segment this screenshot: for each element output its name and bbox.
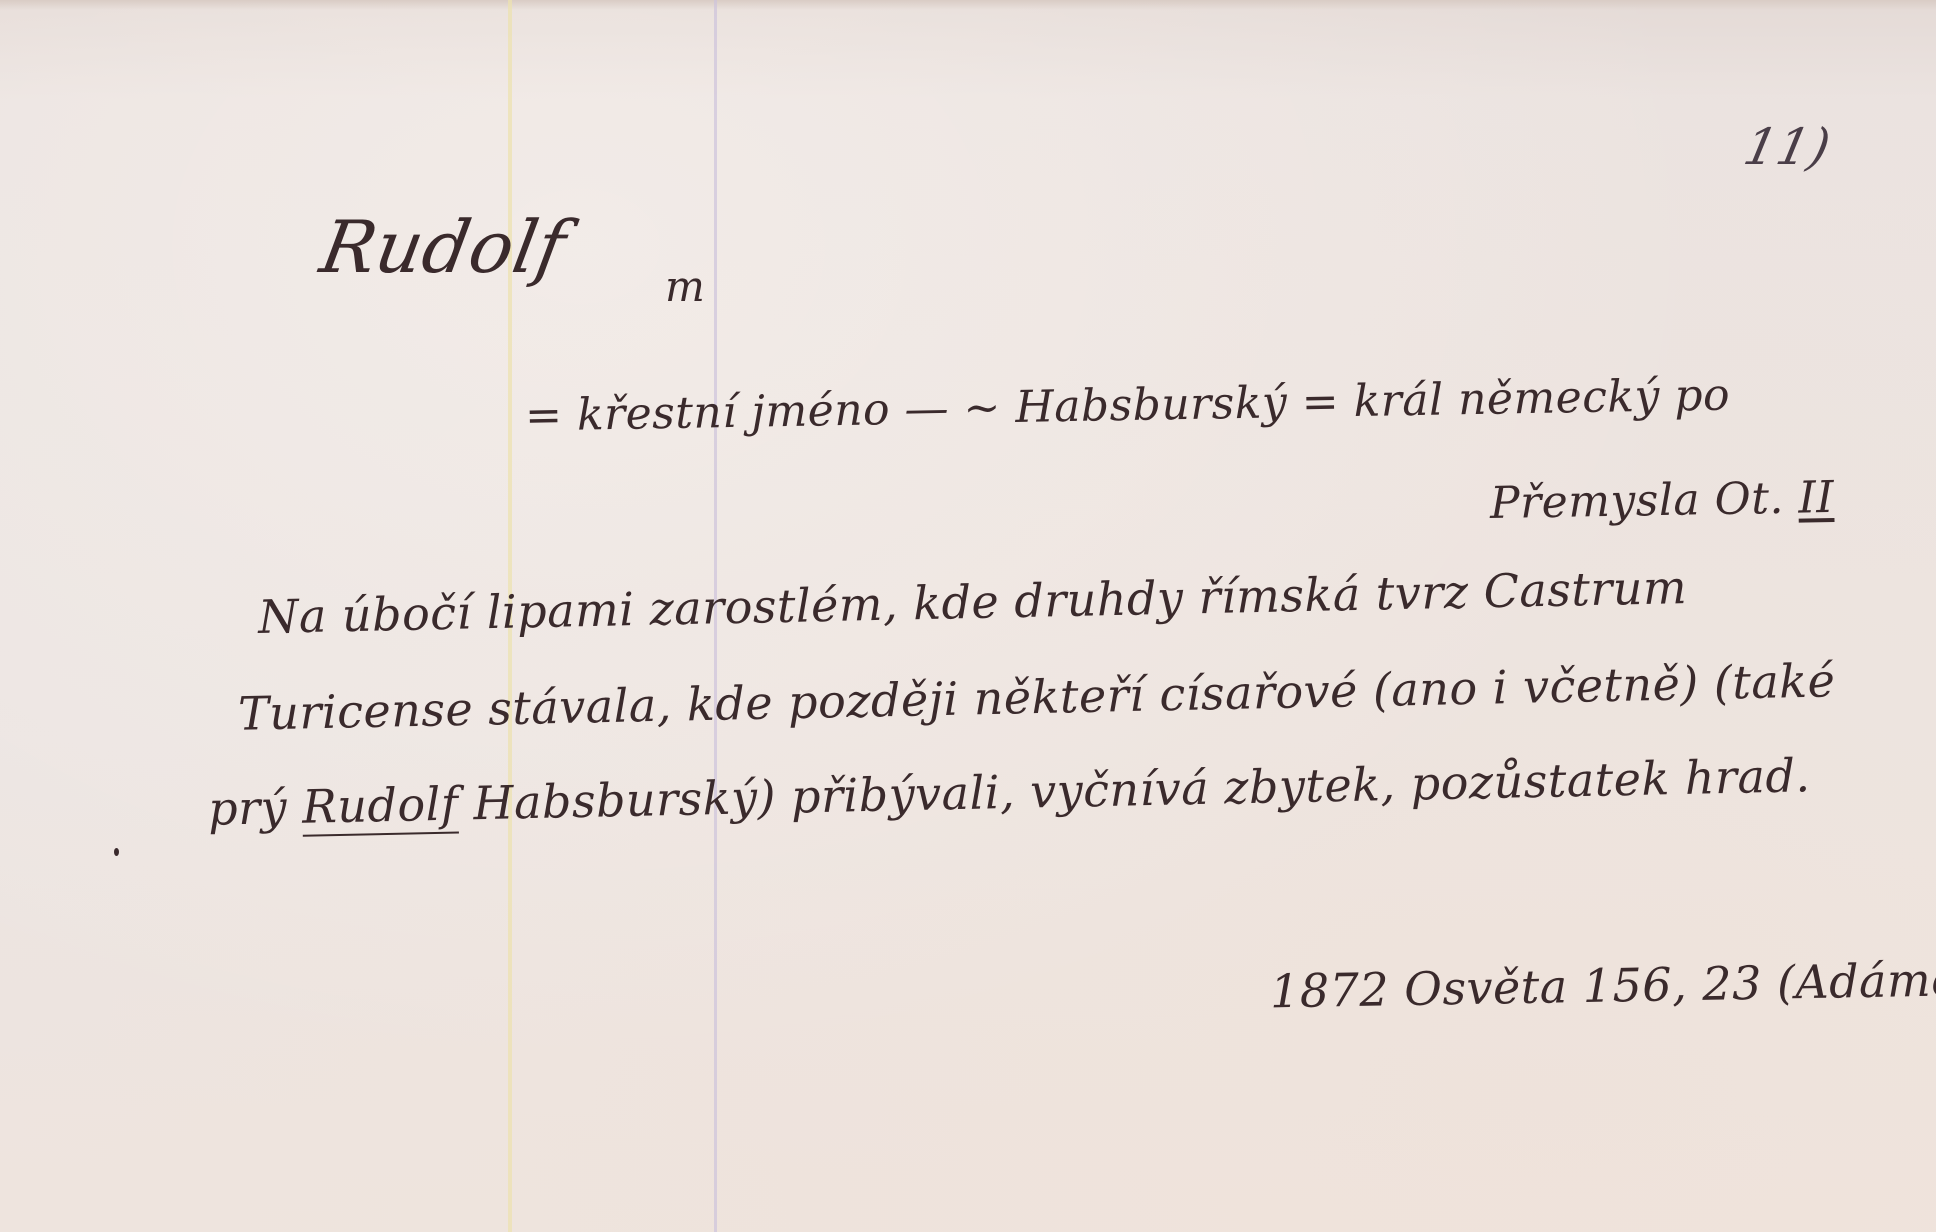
headword: Rudolf: [315, 205, 573, 289]
citation-line-2: Turicense stávala, kde později někteří c…: [238, 653, 1836, 740]
citation-line-3: prý Rudolf Habsburský) přibývali, vyčnív…: [208, 748, 1811, 836]
underlined-headword: Rudolf: [302, 777, 459, 834]
grammatical-gender: m: [665, 262, 705, 311]
lexicon-card: 11) Rudolf m = křestní jméno — ~ Habsbur…: [0, 0, 1936, 1232]
definition-line-1: = křestní jméno — ~ Habsburský = král ně…: [525, 369, 1731, 441]
citation-source: 1872 Osvěta 156, 23 (Adámek): [1270, 952, 1936, 1019]
regnal-number: II: [1798, 472, 1835, 524]
definition-line-2: Přemysla Ot. II: [1490, 472, 1835, 529]
definition-line-2-text: Přemysla Ot.: [1490, 473, 1799, 529]
card-top-edge: [0, 0, 1936, 10]
page-marker: 11): [1739, 118, 1836, 176]
citation-line-3-prefix: prý: [208, 780, 303, 836]
ink-dot: [114, 848, 119, 856]
citation-line-1: Na úbočí lipami zarostlém, kde druhdy ří…: [258, 560, 1688, 644]
citation-line-3-suffix: Habsburský) přibývali, vyčnívá zbytek, p…: [458, 748, 1811, 830]
